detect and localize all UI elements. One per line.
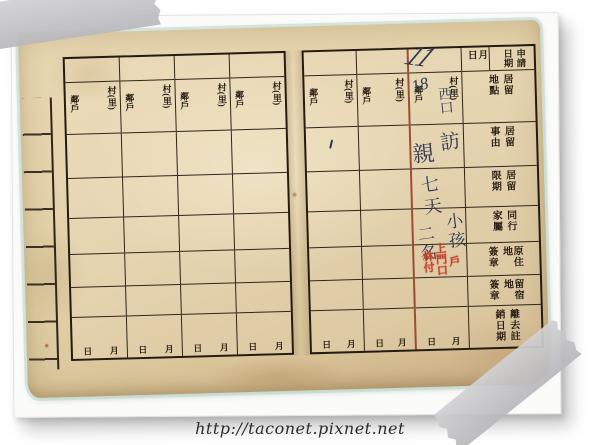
entry-column: 村(里) 鄰戶 月 日 (119, 56, 182, 357)
cell-stay-limit (178, 174, 233, 215)
cell-stay-reason (411, 124, 464, 169)
day-label: 日 (192, 343, 202, 352)
lodging-seal-left: 簽章 (486, 279, 497, 305)
day-label: 日 (247, 342, 257, 351)
village-label: 村(里) (448, 76, 458, 100)
cell-family (179, 214, 234, 251)
cell-lodging-seal (363, 278, 414, 309)
cell-stay-limit (123, 176, 178, 217)
header-stay-place: 居留 地點 (462, 70, 535, 124)
cell-lodging-seal (126, 285, 181, 316)
neighbor-label: 鄰戶 (413, 85, 423, 103)
form-header-column: 月日 申請 日期 居留 地點 居留 (461, 46, 542, 348)
cell-lodging-seal (71, 286, 126, 317)
cell-lodging-seal (236, 282, 291, 313)
cell-origin-seal (309, 247, 362, 281)
cell-stay-limit (233, 173, 288, 214)
cell-stay-limit (360, 169, 411, 210)
cell-stay-limit (412, 168, 465, 209)
cell-origin-seal (362, 245, 413, 279)
apply-label-right: 申請 (513, 48, 524, 69)
month-label: 月 (396, 338, 406, 347)
village-label: 村(里) (271, 81, 281, 105)
apply-label-left: 日期 (500, 49, 511, 70)
cell-stay-place: 村(里) 鄰戶 (357, 74, 408, 127)
entry-column: 村(里) 鄰戶 月 日 (174, 54, 237, 355)
origin-seal-right: 原住地 (500, 245, 522, 275)
left-page-edge (22, 97, 60, 370)
village-label: 村(里) (216, 83, 226, 107)
photo-page: 村(里) 鄰戶 月 日 村(里) 鄰戶 月 日 村(里) 鄰戶 (0, 0, 600, 445)
family-left: 家屬 (490, 210, 501, 242)
cell-leave-date: 月 日 (364, 308, 415, 350)
cell-stay-place: 村(里) 鄰戶 (175, 78, 230, 131)
stay-limit-right: 居留 (503, 170, 515, 206)
entry-column: 村(里) 鄰戶 月 日 (356, 50, 415, 351)
stay-place-left: 地點 (486, 74, 498, 122)
month-label: 月 (218, 343, 228, 352)
neighbor-label: 鄰戶 (234, 90, 244, 108)
cell-stay-place: 村(里) 鄰戶 (65, 82, 120, 135)
cell-leave-date: 月 日 (127, 315, 182, 357)
cell-family (413, 208, 466, 245)
cell-origin-seal (414, 244, 467, 278)
document-paper: 村(里) 鄰戶 月 日 村(里) 鄰戶 月 日 村(里) 鄰戶 (18, 20, 550, 398)
cell-stay-reason (306, 127, 359, 172)
lodging-seal-right: 留宿地 (501, 278, 523, 305)
header-origin-seal: 原住地 簽章 (467, 242, 540, 277)
village-label: 村(里) (106, 86, 116, 110)
entry-column: 村(里) 鄰戶 月 日 (407, 48, 469, 349)
neighbor-label: 鄰戶 (69, 95, 79, 113)
neighbor-label: 鄰戶 (124, 93, 134, 111)
header-stay-reason: 居留 事由 (464, 122, 537, 168)
month-label: 月 (273, 341, 283, 350)
day-label: 日 (321, 340, 331, 349)
cell-origin-seal (235, 249, 290, 283)
village-label: 村(里) (394, 78, 404, 102)
neighbor-label: 鄰戶 (308, 88, 318, 106)
family-right: 同行 (504, 210, 515, 242)
cell-apply-date (120, 56, 175, 81)
header-family: 同行 家屬 (466, 206, 539, 244)
left-page-grid: 村(里) 鄰戶 月 日 村(里) 鄰戶 月 日 村(里) 鄰戶 (63, 51, 294, 361)
cell-stay-reason (177, 130, 232, 175)
entry-column: 村(里) 鄰戶 月 日 (65, 58, 127, 359)
month-label: 月 (108, 346, 118, 355)
photo-print: 村(里) 鄰戶 月 日 村(里) 鄰戶 月 日 村(里) 鄰戶 (11, 12, 562, 418)
cell-stay-reason (232, 129, 287, 174)
neighbor-label: 鄰戶 (179, 92, 189, 110)
cell-stay-place: 村(里) 鄰戶 (230, 77, 285, 130)
cell-leave-date: 月 日 (182, 313, 237, 355)
cell-lodging-seal (310, 280, 363, 311)
watermark-url: http://taconet.pixnet.net (0, 419, 600, 438)
month-label: 月 (450, 336, 460, 345)
cell-lodging-seal (181, 283, 236, 314)
cell-origin-seal (70, 253, 125, 287)
day-label: 日 (82, 346, 92, 355)
village-label: 村(里) (161, 84, 171, 108)
cell-leave-date: 月 日 (311, 310, 364, 352)
neighbor-label: 鄰戶 (361, 87, 371, 105)
month-day-subcell: 月日 (462, 47, 491, 71)
header-apply-date: 月日 申請 日期 (462, 46, 535, 72)
village-label: 村(里) (343, 79, 353, 103)
right-entry-columns: 村(里) 鄰戶 月 日 村(里) 鄰戶 月 日 村(里) 鄰戶 (304, 48, 469, 352)
cell-apply-date (65, 58, 120, 83)
entry-column: 村(里) 鄰戶 月 日 (229, 53, 292, 354)
apply-date-label: 申請 日期 (490, 46, 535, 70)
cell-leave-date: 月 日 (72, 316, 127, 358)
cell-origin-seal (180, 250, 235, 284)
cell-stay-place: 村(里) 鄰戶 (304, 75, 357, 128)
cell-apply-date (357, 50, 408, 75)
cell-apply-date (230, 53, 285, 78)
cell-stay-reason (67, 134, 122, 179)
cell-apply-date (409, 48, 462, 73)
month-label: 月 (163, 344, 173, 353)
cell-stay-reason (122, 132, 177, 177)
registration-table: 村(里) 鄰戶 月 日 村(里) 鄰戶 月 日 村(里) 鄰戶 (63, 44, 544, 362)
cell-family (124, 216, 179, 253)
header-stay-limit: 居留 限期 (465, 166, 538, 208)
cell-family (234, 213, 289, 250)
month-day-label: 月日 (465, 47, 487, 71)
stay-reason-left: 事由 (487, 126, 499, 166)
cell-apply-date (304, 51, 357, 76)
cell-leave-date: 月 日 (416, 307, 469, 349)
cell-stay-reason (359, 125, 410, 170)
stay-limit-left: 限期 (488, 170, 500, 206)
month-label: 月 (345, 339, 355, 348)
origin-seal-left: 簽章 (485, 246, 496, 275)
stay-place-right: 居留 (500, 74, 512, 122)
cell-family (361, 209, 412, 246)
day-label: 日 (137, 345, 147, 354)
day-label: 日 (426, 337, 436, 346)
cell-stay-place: 村(里) 鄰戶 (120, 80, 175, 133)
cell-apply-date (175, 54, 230, 79)
cell-family (69, 218, 124, 255)
cell-lodging-seal (415, 277, 468, 308)
right-page-grid: 村(里) 鄰戶 月 日 村(里) 鄰戶 月 日 村(里) 鄰戶 (302, 44, 544, 354)
cell-stay-limit (307, 171, 360, 212)
cell-stay-limit (68, 178, 123, 219)
cell-leave-date: 月 日 (237, 312, 292, 354)
entry-column: 村(里) 鄰戶 月 日 (304, 51, 364, 352)
day-label: 日 (374, 338, 384, 347)
cell-stay-place: 村(里) 鄰戶 (409, 72, 462, 125)
stay-reason-right: 居留 (502, 126, 514, 166)
header-lodging-seal: 留宿地 簽章 (468, 275, 541, 307)
cell-family (308, 211, 361, 248)
leave-date-left: 銷日期 (492, 309, 504, 347)
cell-origin-seal (125, 252, 180, 286)
leave-date-right: 離去註 (507, 309, 519, 347)
